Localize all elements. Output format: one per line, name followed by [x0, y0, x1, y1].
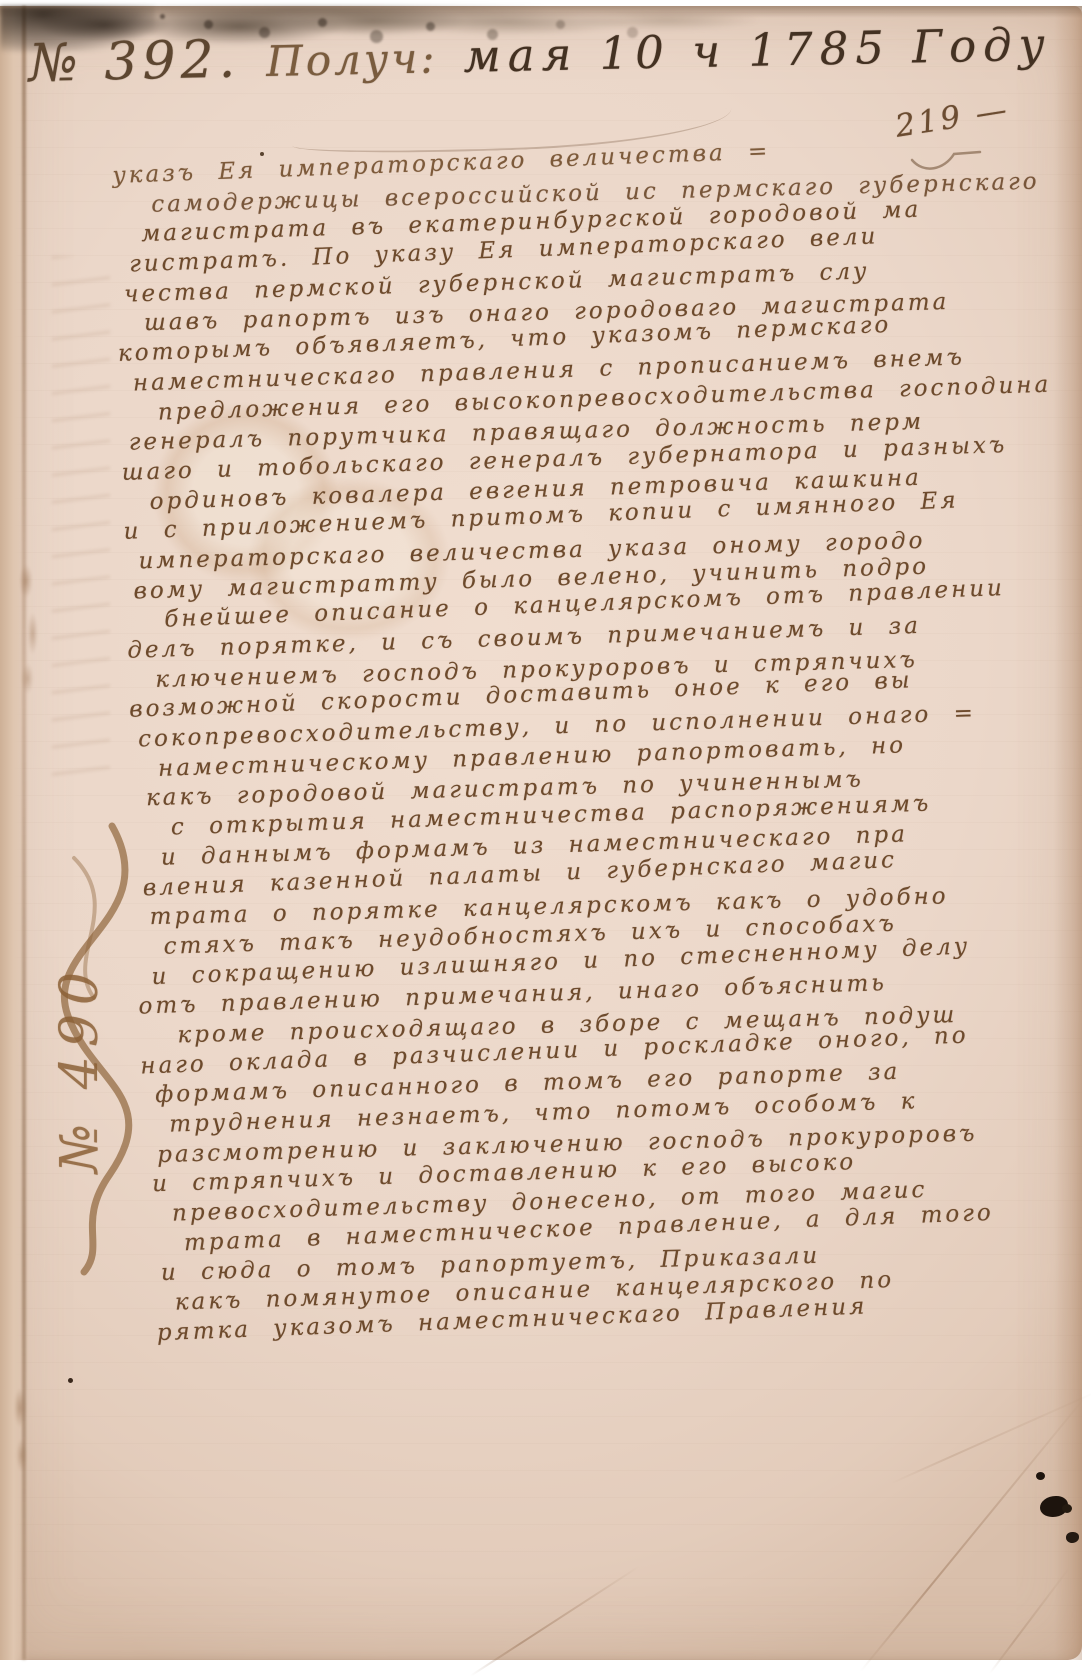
- mold-speckles: [160, 14, 165, 19]
- manuscript-body: указъ Ея императорскаго величества =само…: [112, 133, 1069, 1349]
- margin-number: № 490: [50, 963, 110, 1173]
- ink-blot: [1036, 1472, 1045, 1480]
- ink-speck: [68, 1378, 73, 1383]
- paper-crease: [859, 1396, 1086, 1673]
- received-label: Получ:: [266, 33, 438, 86]
- ink-blot: [1062, 1504, 1072, 1513]
- manuscript-scan: № 392. Получ: мая 10 ч 1785 Году 219 — №…: [0, 0, 1091, 1680]
- ink-speck: [260, 152, 264, 156]
- ink-bleedthrough: [52, 256, 110, 786]
- right-edge-shading: [1054, 6, 1082, 1660]
- ink-bleedthrough: [6, 1384, 34, 1479]
- manuscript-page: № 392. Получ: мая 10 ч 1785 Году 219 — №…: [0, 6, 1082, 1660]
- registration-number: № 392.: [28, 30, 241, 94]
- received-date: мая 10 ч 1785 Году: [463, 18, 1052, 83]
- paper-crease: [470, 1565, 641, 1677]
- ink-bleedthrough: [14, 551, 44, 701]
- margin-notation: № 490: [14, 798, 146, 1280]
